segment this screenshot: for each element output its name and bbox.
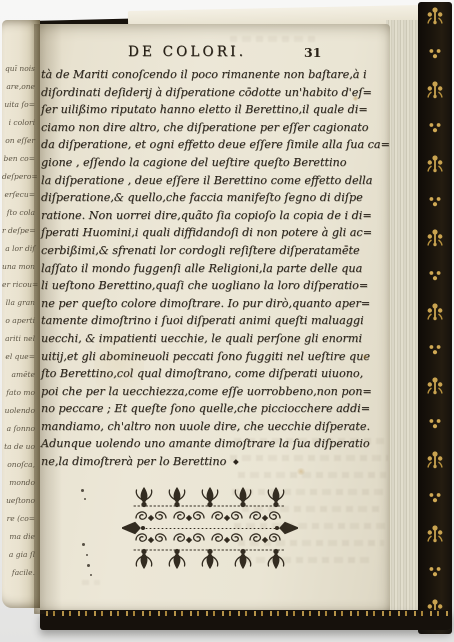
text-line: no peccare ; Et queſte ſono quelle,che p…	[41, 400, 387, 418]
facing-page-edge: quī noisare,oneuita ſo=i colorion eſſerb…	[2, 20, 40, 608]
showthrough-line	[82, 580, 100, 585]
partial-text-line: fato mo	[2, 384, 35, 402]
partial-text-line: una mon	[2, 258, 35, 276]
partial-text-line: onoſca,	[2, 456, 35, 474]
gold-fleuron-tooling-icon	[419, 2, 451, 634]
partial-text-line: quī nois	[2, 60, 35, 78]
partial-text-line: a gia ſl	[2, 546, 35, 564]
ink-dot	[86, 554, 88, 556]
book-cover-right	[418, 2, 452, 634]
text-line: ne per queſto colore dimoſtrare. Io pur …	[41, 295, 387, 313]
text-line: da diſperatione, et ogni effetto deue eſ…	[41, 136, 387, 154]
ink-dot	[81, 489, 84, 492]
foxing-spot	[94, 314, 144, 414]
partial-text-line: er ricou=	[2, 276, 35, 294]
text-line: uitij,et gli abomineuoli peccati ſono fu…	[41, 348, 387, 366]
text-line: poi che per la uecchiezza,come eſſe uorr…	[41, 383, 387, 401]
gold-dot-tooling-icon	[46, 611, 448, 616]
showthrough-line	[230, 455, 388, 461]
showthrough-line	[238, 472, 386, 478]
showthrough-line	[234, 523, 386, 529]
text-line: diſordinati deſiderij à diſperatione cōd…	[41, 84, 387, 102]
recto-page: DE COLORI. 31 tà de Mariti conoſcendo il…	[34, 24, 390, 614]
partial-text-line: o aperti	[2, 312, 35, 330]
partial-text-line: ma die	[2, 528, 35, 546]
text-line: ſer uilißimo riputato hanno eletto il Be…	[41, 101, 387, 119]
text-line: diſperatione,& quello,che faccia manifeſ…	[41, 189, 387, 207]
text-line: ſperati Huomini,i quali diffidandoſi di …	[41, 224, 387, 242]
page-block-fore-edge	[386, 20, 420, 614]
foxing-spot	[352, 96, 359, 101]
text-line: tà de Mariti conoſcendo il poco rimanent…	[41, 66, 387, 84]
text-line: gione , eſſendo la cagione del ueſtire q…	[41, 154, 387, 172]
running-title: DE COLORI.	[128, 44, 246, 60]
foxing-spot	[362, 354, 368, 360]
text-line: tamente dimoſtrino i ſuoi diſperati anim…	[41, 312, 387, 330]
facing-page-line-endings: quī noisare,oneuita ſo=i colorion eſſerb…	[2, 60, 35, 582]
ink-dot	[90, 574, 92, 576]
text-line: ſto Berettino,col qual dimoſtrano, come …	[41, 365, 387, 383]
partial-text-line: el que=	[2, 348, 35, 366]
text-line: ciamo non dire altro, che diſperatione p…	[41, 119, 387, 137]
showthrough-line	[244, 557, 374, 563]
partial-text-line: i colori	[2, 114, 35, 132]
showthrough-smudge	[230, 36, 315, 42]
page-number: 31	[304, 45, 321, 60]
text-line: li ueſtono Berettino,quaſi che uogliano …	[41, 277, 387, 295]
ink-dot	[84, 498, 86, 500]
partial-text-line: facile.	[2, 564, 35, 582]
partial-text-line: erſecu=	[2, 186, 35, 204]
text-line: ratione. Non uorrei dire,quãto ſia copio…	[41, 207, 387, 225]
partial-text-line: ſto cola	[2, 204, 35, 222]
partial-text-line: a lor diſ	[2, 240, 35, 258]
text-line: la diſperatione , deue eſſere il Beretti…	[41, 172, 387, 190]
text-line: cerbißimi,& sfrenati lor cordogli reſiſt…	[41, 242, 387, 260]
foxing-spot	[296, 468, 306, 475]
body-text: tà de Mariti conoſcendo il poco rimanent…	[41, 66, 387, 471]
book-cover-bottom	[40, 610, 452, 630]
showthrough-line	[238, 540, 384, 546]
showthrough-line	[234, 438, 384, 444]
ink-dot	[87, 564, 90, 567]
text-line: mandiamo, ch'altro non uuole dire, che u…	[41, 418, 387, 436]
text-line: laſſato il mondo fuggenſi alle Religioni…	[41, 260, 387, 278]
partial-text-line: amēte	[2, 366, 35, 384]
photo-backdrop: DE COLORI. 31 tà de Mariti conoſcendo il…	[0, 0, 454, 642]
partial-text-line: deſpero=	[2, 168, 35, 186]
partial-text-line: mondo	[2, 474, 35, 492]
partial-text-line: a ſonno	[2, 420, 35, 438]
ink-dot	[82, 543, 85, 546]
showthrough-line	[242, 506, 382, 512]
partial-text-line: re (co=	[2, 510, 35, 528]
partial-text-line: uolendo	[2, 402, 35, 420]
partial-text-line: are,one	[2, 78, 35, 96]
partial-text-line: uita ſo=	[2, 96, 35, 114]
partial-text-line: ueſtono	[2, 492, 35, 510]
partial-text-line: on eſſer	[2, 132, 35, 150]
partial-text-line: ariti nel	[2, 330, 35, 348]
partial-text-line: ta de uo	[2, 438, 35, 456]
showthrough-line	[232, 489, 388, 495]
partial-text-line: r deſpe=	[2, 222, 35, 240]
text-line: uecchi, & impatienti uecchie, le quali p…	[41, 330, 387, 348]
partial-text-line: ben co=	[2, 150, 35, 168]
partial-text-line: lla gran	[2, 294, 35, 312]
